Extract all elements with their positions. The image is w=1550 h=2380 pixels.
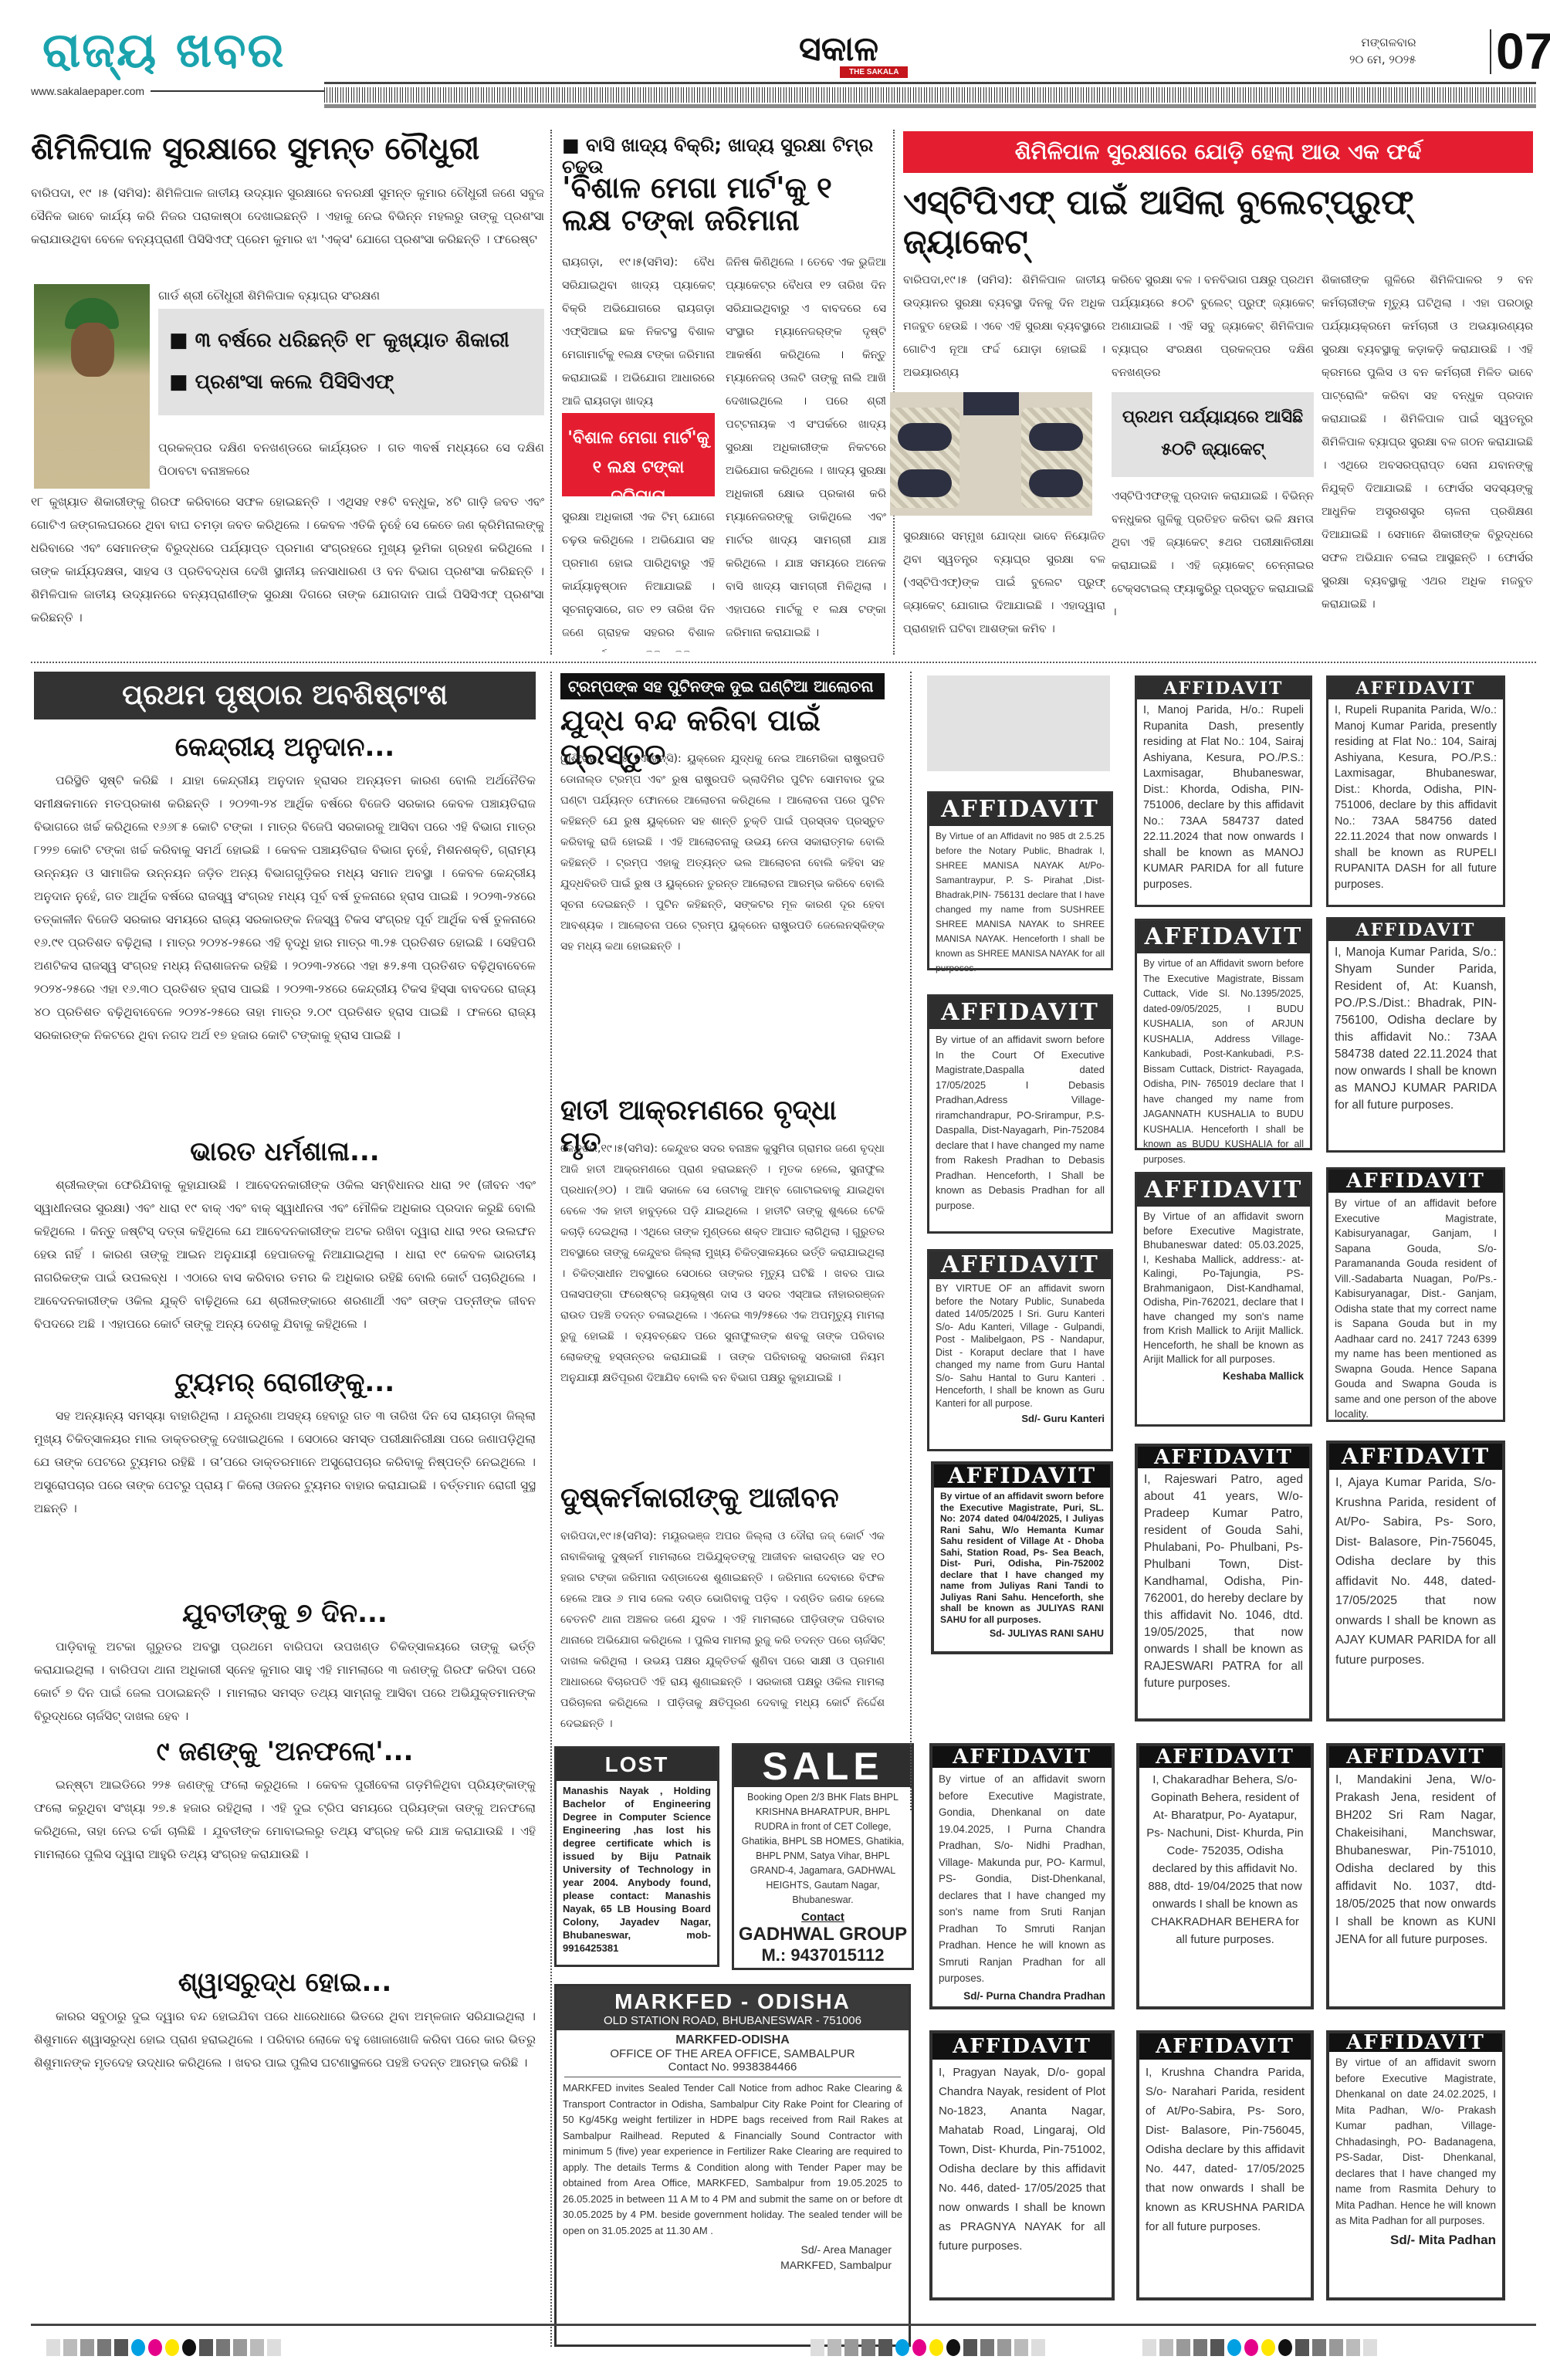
ad-header: SALE	[734, 1745, 912, 1787]
decorative-stripe	[324, 87, 1536, 103]
jacket-strap	[1029, 469, 1083, 497]
magenta-dot	[912, 2339, 926, 2356]
affidavit-chakradhar-behera: AFFIDAVIT I, Chakaradhar Behera, S/o- Go…	[1136, 1743, 1314, 2009]
ad-header: AFFIDAVIT	[932, 2033, 1112, 2060]
continuation-body: ପରିସ୍ଥିତି ସୃଷ୍ଟି କରିଛି । ଯାହା କେନ୍ଦ୍ରୀୟ …	[34, 769, 536, 1128]
story-body: ଜିନିଷ କିଣିଥିଲେ । ତେବେ ଏକ ଭୁଜିଆ ପ୍ୟାକେଟ୍‌…	[726, 251, 886, 652]
org-name: MARKFED-ODISHA	[557, 2033, 909, 2047]
cyan-dot	[131, 2339, 145, 2356]
continuation-list: କେନ୍ଦ୍ରୀୟ ଅନୁଦାନ... ପରିସ୍ଥିତି ସୃଷ୍ଟି କରି…	[34, 730, 536, 2151]
affidavit-ajaya-kumar-parida: AFFIDAVIT I, Ajaya Kumar Parida, S/o- Kr…	[1326, 1441, 1505, 1722]
story-body: ପ୍ରକଳ୍ପର ଦକ୍ଷିଣ ବନଖଣ୍ଡରେ କାର୍ଯ୍ୟରତ । ଗତ …	[158, 436, 544, 486]
ad-body: I, Chakaradhar Behera, S/o- Gopinath Beh…	[1139, 1768, 1311, 1952]
continuation-body: ଶ୍ରୀଲଙ୍କା ଫେରିଯିବାକୁ କୁହାଯାଉଛି । ଆବେଦନକା…	[34, 1173, 536, 1359]
ad-header: AFFIDAVIT	[1139, 2033, 1311, 2060]
signature: Sd/- Area Manager MARKFED, Sambalpur	[557, 2242, 909, 2273]
affidavit-shree-manisa-nayak: AFFIDAVIT By Virtue of an Affidavit no 9…	[927, 791, 1113, 970]
affidavit-krushna-chandra-parida: AFFIDAVIT I, Krushna Chandra Parida, S/o…	[1136, 2030, 1314, 2300]
print-registration-marks	[1142, 2339, 1377, 2356]
ad-header: AFFIDAVIT	[1329, 2033, 1502, 2052]
company-name: GADHWAL GROUP	[734, 1924, 912, 1945]
red-banner: ଶିମିଳିପାଳ ସୁରକ୍ଷାରେ ଯୋଡ଼ି ହେଲା ଆଉ ଏକ ଫର୍…	[903, 131, 1533, 173]
ad-body: Booking Open 2/3 BHK Flats BHPL KRISHNA …	[734, 1787, 912, 1911]
story-body: ଶିକାରୀଙ୍କ ଗୁଳିରେ ଶିମିଳିପାଳର ୨ ବନ କର୍ମଚାର…	[1322, 269, 1533, 652]
ad-body: By virtue of an affidavit sworn before t…	[934, 1488, 1110, 1628]
blank-ad-space	[927, 675, 1110, 771]
affidavit-debasis-pradhan: AFFIDAVIT By virtue of an affidavit swor…	[927, 994, 1113, 1234]
column-divider	[550, 130, 552, 655]
ad-body: By virtue of an Affidavit sworn before T…	[1137, 953, 1310, 1170]
magenta-dot	[1244, 2339, 1258, 2356]
ad-body: I, Pragyan Nayak, D/o- gopal Chandra Nay…	[932, 2060, 1112, 2259]
continuation-title: କେନ୍ଦ୍ରୀୟ ଅନୁଦାନ...	[34, 733, 536, 763]
affidavit-rajeswari-patro: AFFIDAVIT I, Rajeswari Patro, aged about…	[1135, 1444, 1312, 1722]
magenta-dot	[148, 2339, 162, 2356]
ad-body: By Virtue of an affidavit sworn before E…	[1137, 1207, 1310, 1370]
logo-tagline: THE SAKALA	[840, 66, 908, 78]
signature: Sd/- Guru Kanteri	[929, 1413, 1111, 1424]
ad-header: AFFIDAVIT	[1329, 1746, 1502, 1768]
story-body: ବାରିପଦା,୧୯।୫ (ସମିସ): ଶିମିଳିପାଳ ଜାତୀୟ ଉଦ୍…	[903, 269, 1105, 384]
ad-body: By virtue of an affidavit sworn before E…	[1329, 2052, 1502, 2233]
signature: Sd- JULIYAS RANI SAHU	[934, 1628, 1110, 1639]
ad-header: AFFIDAVIT	[1328, 1170, 1503, 1193]
yellow-dot	[1261, 2339, 1275, 2356]
contact-number[interactable]: Contact No. 9938384466	[564, 2060, 901, 2077]
jacket-strap	[1029, 423, 1083, 451]
pull-quote: ପ୍ରଥମ ପର୍ଯ୍ୟାୟରେ ଆସିଛି ୫୦ଟି ଜ୍ୟାକେଟ୍	[1118, 401, 1308, 466]
story-body: ୱାଶିଂଟନ, ୧୯।୫ (ଏଜେନ୍ସି): ୟୁକ୍ରେନ ଯୁଦ୍ଧକୁ…	[560, 749, 885, 1088]
site-url[interactable]: www.sakalaepaper.com	[31, 85, 144, 97]
black-dot	[946, 2339, 960, 2356]
ad-body: By virtue of an affidavit sworn before E…	[932, 1768, 1112, 1990]
issue-date: ମଙ୍ଗଳବାର ୨୦ ମେ, ୨୦୨୫	[1349, 34, 1416, 68]
ad-header: AFFIDAVIT	[1328, 678, 1503, 699]
headline-life-term: ଦୁଷ୍କର୍ମକାରୀଙ୍କୁ ଆଜୀବନ	[560, 1482, 885, 1514]
ad-body: I, Krushna Chandra Parida, S/o- Narahari…	[1139, 2060, 1311, 2240]
print-registration-marks	[811, 2339, 1045, 2356]
ad-sale: SALE Booking Open 2/3 BHK Flats BHPL KRI…	[732, 1743, 914, 1970]
affidavit-rupeli-rupanita-parida: AFFIDAVIT I, Rupeli Rupanita Parida, W/o…	[1326, 675, 1505, 907]
ad-body: I, Ajaya Kumar Parida, S/o- Krushna Pari…	[1329, 1470, 1502, 1673]
signature-line: MARKFED, Sambalpur	[557, 2257, 892, 2273]
jacket-strap	[898, 469, 952, 497]
ad-header: AFFIDAVIT	[934, 1464, 1110, 1488]
continuation-title: ଟ୍ୟୁମର୍ ରୋଗୀଙ୍କୁ...	[34, 1368, 536, 1398]
continuation-title: ଶ୍ୱାସରୁଦ୍ଧ ହୋଇ...	[34, 1968, 536, 1998]
ad-body: I, Rupeli Rupanita Parida, W/o.: Manoj K…	[1328, 699, 1503, 895]
continuation-body: ସହ ଅନ୍ୟାନ୍ୟ ସମସ୍ୟା ବାହାରିଥିଲା । ଯନ୍ତ୍ରଣା…	[34, 1404, 536, 1589]
cyan-dot	[895, 2339, 909, 2356]
pull-quote: ■ ୩ ବର୍ଷରେ ଧରିଛନ୍ତି ୧୮ କୁଖ୍ୟାତ ଶିକାରୀ	[169, 320, 533, 361]
page-number: 07	[1496, 22, 1550, 80]
footer-rule	[31, 2324, 1536, 2326]
ad-header: AFFIDAVIT	[1329, 1444, 1502, 1470]
ad-body: BY VIRTUE OF an affidavit sworn before t…	[929, 1279, 1111, 1413]
affidavit-manoja-kumar-parida: AFFIDAVIT I, Manoja Kumar Parida, S/o.: …	[1326, 917, 1505, 1153]
phone-number[interactable]: M.: 9437015112	[734, 1945, 912, 1965]
ad-header: AFFIDAVIT	[929, 794, 1111, 826]
affidavit-mandakini-jena: AFFIDAVIT I, Mandakini Jena, W/o- Prakas…	[1326, 1743, 1505, 2009]
ad-header: AFFIDAVIT	[929, 997, 1111, 1029]
ad-header: LOST	[557, 1749, 717, 1781]
affidavit-keshaba-mallick: AFFIDAVIT By Virtue of an affidavit swor…	[1135, 1172, 1312, 1427]
affidavit-mita-padhan: AFFIDAVIT By virtue of an affidavit swor…	[1326, 2030, 1505, 2300]
signature-line: Sd/- Area Manager	[557, 2242, 892, 2257]
story-body: ୧୮ କୁଖ୍ୟାତ ଶିକାରୀଙ୍କୁ ଗିରଫ କରିବାରେ ସଫଳ ହ…	[31, 490, 544, 652]
continuation-title: ଯୁବତୀଙ୍କୁ ୭ ଦିନ...	[34, 1599, 536, 1629]
kicker: ଟ୍ରମ୍ପଙ୍କ ସହ ପୁଟିନଙ୍କ ଦୁଇ ଘଣ୍ଟିଆ ଆଲୋଚନା	[560, 673, 885, 699]
cyan-dot	[1227, 2339, 1241, 2356]
ad-lost: LOST Manashis Nayak , Holding Bachelor o…	[554, 1746, 719, 1967]
black-dot	[1278, 2339, 1292, 2356]
story-body: ଏସ୍‌ଟିପିଏଫଙ୍କୁ ପ୍ରଦାନ କରାଯାଇଛି । ବିଭିନ୍ନ…	[1112, 485, 1314, 651]
jacket-collar	[963, 392, 1019, 415]
story-body: ସୁରକ୍ଷା ଅଧିକାରୀ ଏକ ଟିମ୍ ଯୋଗେ ଚଢ଼ଉ କରିଥିଲ…	[562, 506, 715, 652]
affidavit-juliyas-rani-sahu: AFFIDAVIT By virtue of an affidavit swor…	[931, 1461, 1113, 1654]
ad-body: By virtue of an affidavit before Executi…	[1328, 1193, 1503, 1425]
pull-quote: ■ ପ୍ରଶଂସା କଲେ ପିସିସିଏଫ୍	[169, 361, 533, 403]
affidavit-pragyan-nayak: AFFIDAVIT I, Pragyan Nayak, D/o- gopal C…	[929, 2030, 1115, 2300]
divider	[324, 82, 1536, 84]
ad-body: I, Manoja Kumar Parida, S/o.: Shyam Sund…	[1328, 941, 1503, 1117]
story-body: ବାରିପଦା, ୧୯ ।୫ (ସମିସ): ଶିମିଳିପାଳ ଜାତୀୟ ଉ…	[31, 181, 544, 301]
ad-body: By Virtue of an Affidavit no 985 dt 2.5.…	[929, 826, 1111, 979]
ad-header: AFFIDAVIT	[1137, 921, 1310, 953]
continuation-body: ପାଡ଼ିବାକୁ ଅଟକା ଗୁରୁତର ଅବସ୍ଥା ପ୍ରଥମେ ବାରି…	[34, 1635, 536, 1728]
column-divider	[910, 672, 912, 1810]
signature: Sd/- Mita Padhan	[1329, 2233, 1502, 2248]
photo-bulletproof-jacket	[890, 392, 1092, 516]
affidavit-manoj-parida: AFFIDAVIT I, Manoj Parida, H/o.: Rupeli …	[1135, 675, 1312, 907]
ad-title: MARKFED - ODISHA	[557, 1989, 909, 2014]
story-body: ଗାର୍ଡ ଶ୍ରୀ ଚୌଧୁରୀ ଶିମିଳିପାଳ ବ୍ୟାଘ୍ର ସଂରକ…	[158, 284, 544, 309]
story-body: ସୁରକ୍ଷାରେ ସମ୍ମୁଖ ଯୋଦ୍ଧା ଭାବେ ନିୟୋଜିତ ଥିବ…	[903, 525, 1105, 652]
face-shape	[71, 323, 114, 377]
signature: Sd/- Purna Chandra Pradhan	[932, 1990, 1112, 2002]
ad-body: I, Manoj Parida, H/o.: Rupeli Rupanita D…	[1137, 699, 1310, 895]
pull-quote-box: ■ ୩ ବର୍ଷରେ ଧରିଛନ୍ତି ୧୮ କୁଖ୍ୟାତ ଶିକାରୀ ■ …	[158, 309, 544, 415]
ad-body: MARKFED invites Sealed Tender Call Notic…	[557, 2077, 909, 2242]
continuation-body: କାରର ସବୁଠାରୁ ଦୁଇ ଦ୍ୱାର ବନ୍ଦ ହୋଇଯିବା ପରେ …	[34, 2005, 536, 2151]
divider	[324, 104, 1536, 108]
continuation-title: ଭାରତ ଧର୍ମଶାଳା...	[34, 1137, 536, 1167]
continuation-banner: ପ୍ରଥମ ପୃଷ୍ଠାର ଅବଶିଷ୍ଟାଂଶ	[34, 672, 536, 719]
ad-header: AFFIDAVIT	[929, 1251, 1111, 1279]
ad-body: I, Mandakini Jena, W/o- Prakash Jena, re…	[1329, 1768, 1502, 1952]
headline-stpf-jacket: ଏସ୍‌ଟିପିଏଫ୍ ପାଇଁ ଆସିଲା ବୁଲେଟ୍‌ପ୍ରୁଫ୍ ଜ୍ୟ…	[903, 184, 1533, 262]
affidavit-sapana-gouda: AFFIDAVIT By virtue of an affidavit befo…	[1326, 1167, 1505, 1422]
ad-body: By virtue of an affidavit sworn before I…	[929, 1029, 1111, 1216]
newspaper-logo: ସକାଳ	[799, 29, 878, 69]
yellow-dot	[929, 2339, 943, 2356]
section-title: ରାଜ୍ୟ ଖବର	[42, 22, 286, 79]
story-body: କେନ୍ଦୁଝର,୧୯।୫(ସମିସ): କେନ୍ଦୁଝର ସଦର ବନାଞ୍ଚ…	[560, 1139, 885, 1540]
ad-header: AFFIDAVIT	[1139, 1746, 1311, 1768]
contact-label: Contact	[734, 1911, 912, 1924]
ad-markfed-tender: MARKFED - ODISHA OLD STATION ROAD, BHUBA…	[554, 1984, 911, 2347]
affidavit-budu-kushalia: AFFIDAVIT By virtue of an Affidavit swor…	[1135, 919, 1312, 1150]
story-body: କରିବେ ସୁରକ୍ଷା ବଳ । ବନବିଭାଗ ପକ୍ଷରୁ ପ୍ରଥମ …	[1112, 269, 1314, 384]
continuation-body: ଇନ୍ଷ୍ଟା ଆଇଡିରେ ୨୨୫ ଜଣଙ୍କୁ ଫଲୋ କରୁଥିଲେ । …	[34, 1773, 536, 1959]
black-dot	[182, 2339, 196, 2356]
signature: Keshaba Mallick	[1137, 1370, 1310, 1382]
affidavit-purna-chandra-pradhan: AFFIDAVIT By virtue of an affidavit swor…	[929, 1743, 1115, 2009]
yellow-dot	[165, 2339, 179, 2356]
ad-address: OLD STATION ROAD, BHUBANESWAR - 751006	[557, 2014, 909, 2027]
date: ୨୦ ମେ, ୨୦୨୫	[1349, 51, 1416, 68]
office-name: OFFICE OF THE AREA OFFICE, SAMBALPUR	[557, 2047, 909, 2060]
ad-header: AFFIDAVIT	[1137, 1174, 1310, 1207]
headline-simlipal-chowdhury: ଶିମିଳିପାଳ ସୁରକ୍ଷାରେ ସୁମନ୍ତ ଚୌଧୁରୀ	[31, 131, 540, 167]
ad-header: MARKFED - ODISHA OLD STATION ROAD, BHUBA…	[557, 1986, 909, 2030]
story-body: ରାୟଗଡ଼ା, ୧୯।୫(ସମିସ): ବୈଧ ସରିଯାଇଥିବା ଖାଦ୍…	[562, 251, 715, 413]
divider	[151, 90, 324, 92]
headline-vishal-mart: 'ବିଶାଳ ମେଗା ମାର୍ଟ'କୁ ୧ ଲକ୍ଷ ଟଙ୍କା ଜରିମାନ…	[562, 171, 886, 236]
section-divider	[31, 662, 1536, 663]
ad-body: I, Rajeswari Patro, aged about 41 years,…	[1138, 1468, 1309, 1695]
weekday: ମଙ୍ଗଳବାର	[1349, 34, 1416, 51]
affidavit-guru-kanteri: AFFIDAVIT BY VIRTUE OF an affidavit swor…	[927, 1249, 1113, 1451]
story-body: ବାରିପଦା,୧୯।୫(ସମିସ): ମୟୂରଭଞ୍ଜ ଅପର ଜିଲ୍ଲା …	[560, 1526, 885, 1735]
column-divider	[550, 672, 552, 2347]
print-registration-marks	[46, 2339, 281, 2356]
divider	[1490, 29, 1491, 74]
ad-header: AFFIDAVIT	[1328, 919, 1503, 941]
photo-forest-guard	[34, 284, 150, 489]
pull-quote-box: ପ୍ରଥମ ପର୍ଯ୍ୟାୟରେ ଆସିଛି ୫୦ଟି ଜ୍ୟାକେଟ୍	[1112, 392, 1314, 477]
ad-body: Manashis Nayak , Holding Bachelor of Eng…	[557, 1781, 717, 1958]
highlight-box: 'ବିଶାଳ ମେଗା ମାର୍ଟ'କୁ ୧ ଲକ୍ଷ ଟଙ୍କା ଜରିମାନ…	[562, 413, 715, 496]
ad-header: AFFIDAVIT	[1138, 1447, 1309, 1468]
jacket-strap	[898, 423, 952, 451]
ad-header: AFFIDAVIT	[1137, 678, 1310, 699]
continuation-title: ୯ ଜଣଙ୍କୁ 'ଅନଫଲୋ'...	[34, 1737, 536, 1767]
ad-header: AFFIDAVIT	[932, 1746, 1112, 1768]
